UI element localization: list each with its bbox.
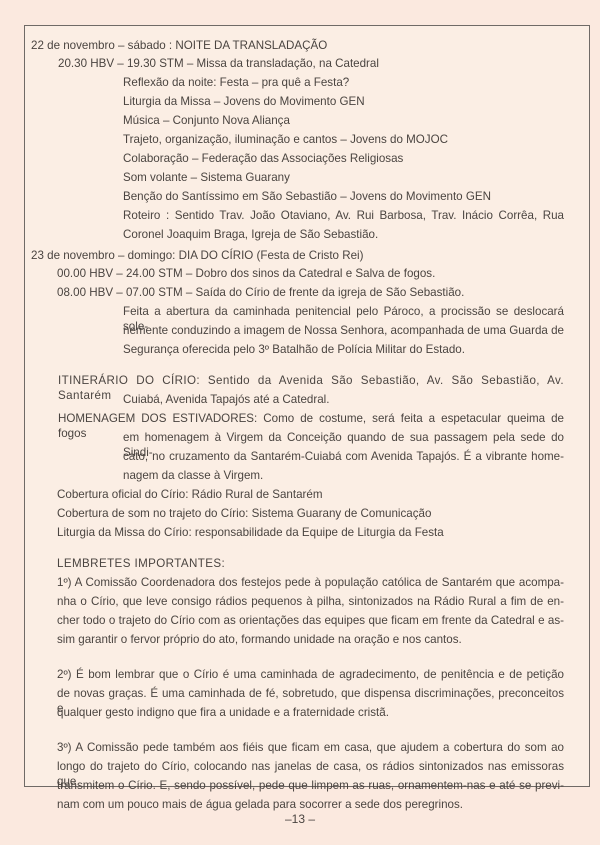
reminder-1-line: cher todo o trajeto do Círio com as orie…	[57, 613, 564, 628]
day2-heading: 23 de novembro – domingo: DIA DO CÍRIO (…	[31, 248, 364, 263]
day1-item: Reflexão da noite: Festa – pra quê a Fes…	[123, 75, 349, 90]
page-number: –13 –	[0, 812, 600, 826]
coverage-line: Cobertura oficial do Círio: Rádio Rural …	[57, 487, 323, 502]
reminder-1-line: sim garantir o fervor próprio do ato, fo…	[57, 632, 462, 647]
reminder-1-line: nha o Círio, que leve consigo rádios peq…	[57, 594, 564, 609]
day1-item: Trajeto, organização, iluminação e canto…	[123, 132, 448, 147]
reminder-2-line: 2º) É bom lembrar que o Círio é uma cami…	[57, 667, 564, 682]
reminder-3-line: transmitem o Círio. E, sendo possível, p…	[57, 778, 564, 793]
day2-paragraph-line: nemente conduzindo a imagem de Nossa Sen…	[123, 323, 564, 338]
homage-line: cato, no cruzamento da Santarém-Cuiabá c…	[123, 449, 564, 464]
day1-item: Liturgia da Missa – Jovens do Movimento …	[123, 94, 365, 109]
itinerary-line: Cuiabá, Avenida Tapajós até a Catedral.	[123, 392, 329, 407]
reminder-3-line: 3º) A Comissão pede também aos fiéis que…	[57, 740, 564, 755]
reminder-1-line: 1º) A Comissão Coordenadora dos festejos…	[57, 575, 564, 590]
day1-heading: 22 de novembro – sábado : NOITE DA TRANS…	[31, 38, 327, 53]
day1-item: Colaboração – Federação das Associações …	[123, 151, 403, 166]
day1-item: Música – Conjunto Nova Aliança	[123, 113, 290, 128]
day2-time: 00.00 HBV – 24.00 STM – Dobro dos sinos …	[57, 266, 435, 281]
homage-line: nagem da classe à Virgem.	[123, 468, 263, 483]
reminders-heading: LEMBRETES IMPORTANTES:	[57, 556, 225, 571]
day1-route-cont: Coronel Joaquim Braga, Igreja de São Seb…	[123, 227, 378, 242]
reminder-2-line: qualquer gesto indigno que fira a unidad…	[57, 705, 389, 720]
day1-item: Benção do Santíssimo em São Sebastião – …	[123, 189, 491, 204]
day1-item: Som volante – Sistema Guarany	[123, 170, 290, 185]
coverage-line: Cobertura de som no trajeto do Círio: Si…	[57, 506, 431, 521]
day2-time: 08.00 HBV – 07.00 STM – Saída do Círio d…	[57, 285, 464, 300]
day2-paragraph-line: Segurança oferecida pelo 3º Batalhão de …	[123, 342, 465, 357]
reminder-3-line: nam com um pouco mais de água gelada par…	[57, 797, 463, 812]
day1-time: 20.30 HBV – 19.30 STM – Missa da transla…	[58, 56, 379, 71]
coverage-line: Liturgia da Missa do Círio: responsabili…	[57, 525, 444, 540]
day1-route: Roteiro : Sentido Trav. João Otaviano, A…	[123, 208, 564, 223]
